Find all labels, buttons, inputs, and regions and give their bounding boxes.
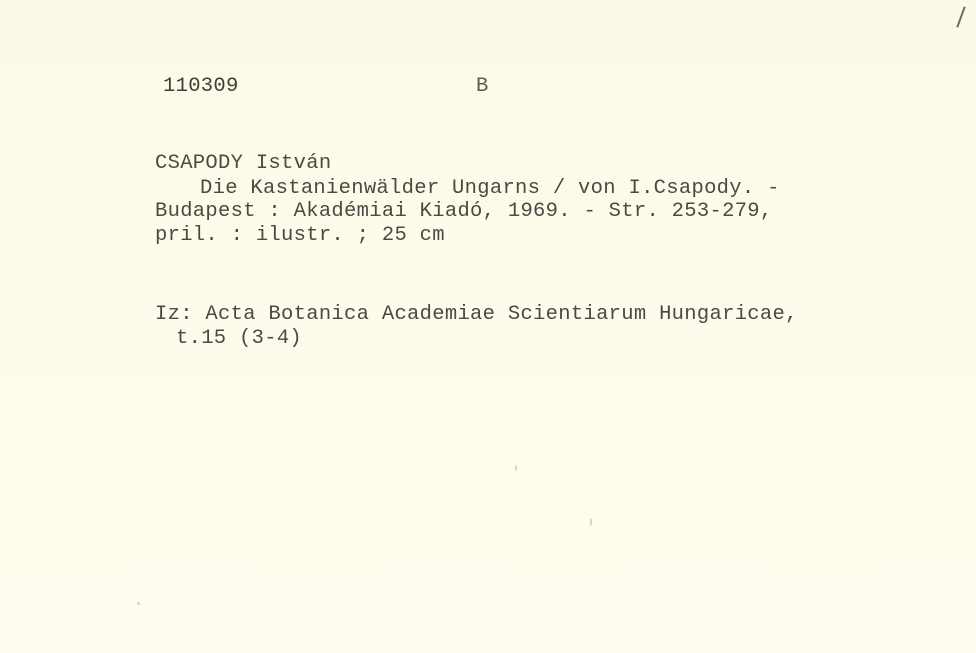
title-statement: Die Kastanienwälder Ungarns / von I.Csap… (200, 177, 780, 201)
publication-statement: Budapest : Akadémiai Kiadó, 1969. - Str.… (155, 200, 773, 224)
paper-speck (515, 465, 517, 471)
paper-speck (590, 518, 592, 526)
volume-note: t.15 (3-4) (176, 327, 302, 351)
paper-speck (137, 602, 140, 605)
author-heading: CSAPODY István (155, 152, 331, 176)
physical-description: pril. : ilustr. ; 25 cm (155, 224, 445, 248)
corner-slash-mark (956, 6, 965, 27)
catalog-card: 110309 B CSAPODY István Die Kastanienwäl… (0, 0, 976, 653)
source-note: Iz: Acta Botanica Academiae Scientiarum … (155, 303, 798, 327)
call-number: 110309 (163, 75, 239, 99)
location-code: B (476, 75, 489, 99)
